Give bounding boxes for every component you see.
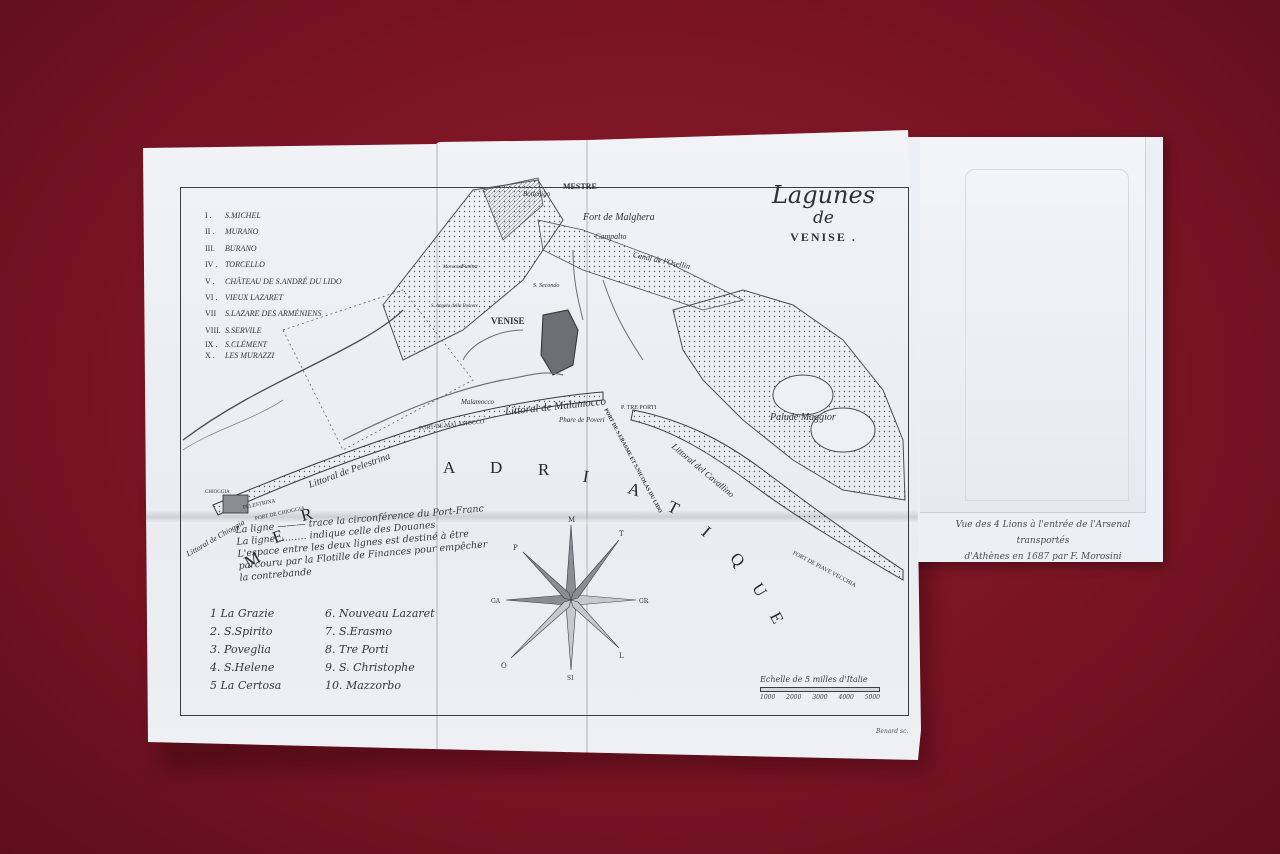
label-palude-maggior: Palude Maggior	[770, 412, 836, 423]
compass-label-nw: P	[513, 544, 518, 552]
legend-row: IX .S.CLÉMENT	[205, 339, 342, 351]
label-chioggia: CHIOGGIA	[205, 490, 230, 495]
engraver-signature: Benard sc.	[876, 728, 908, 735]
legend-row: V .CHÂTEAU DE S.ANDRÉ DU LIDO	[205, 274, 342, 290]
legend-row: VI .VIEUX LAZARET	[205, 290, 342, 306]
compass-label-w: GA	[491, 598, 501, 605]
insert-front-leaf	[920, 137, 1146, 513]
compass-label-se: L	[619, 652, 624, 660]
legend-row: III.BURANO	[205, 241, 342, 257]
map-scale: Echelle de 5 milles d'Italie 1000 2000 3…	[760, 675, 880, 701]
caption-line-1: Vue des 4 Lions à l'entrée de l'Arsenal …	[928, 517, 1158, 549]
title-main: VENISE .	[756, 230, 891, 245]
roman-numeral-legend: I .S.MICHEL II .MURANO III.BURANO IV .TO…	[205, 208, 342, 361]
scale-title: Echelle de 5 milles d'Italie	[760, 675, 880, 684]
label-malamocco: Malamocco	[461, 398, 494, 406]
label-tre-porti: P. TRE PORTI	[621, 405, 656, 411]
legend-item: 2. S.Spirito	[210, 623, 325, 641]
label-moranzan: Moranzan	[443, 265, 464, 270]
insert-plate-mark	[965, 169, 1129, 501]
photo-scene: Vue des 4 Lions à l'entrée de l'Arsenal …	[0, 0, 1280, 854]
legend-item: 9. S. Christophe	[325, 659, 455, 677]
label-secondo: S. Secondo	[533, 283, 559, 289]
scale-ticks: 1000 2000 3000 4000 5000	[760, 694, 880, 701]
legend-row: VIII.S.SERVILE	[205, 323, 342, 339]
sea-letter: D	[490, 458, 502, 478]
map-sheet: M T P GR GA L O SI Lagunes de VENISE . I…	[143, 130, 923, 760]
label-mestre: MESTRE	[563, 182, 597, 191]
legend-item: 4. S.Helene	[210, 659, 325, 677]
map-title: Lagunes de VENISE .	[756, 182, 891, 245]
label-angelo-polvere: S. Angelo della Polvere	[431, 304, 478, 309]
insert-caption: Vue des 4 Lions à l'entrée de l'Arsenal …	[928, 517, 1158, 565]
legend-item: 7. S.Erasmo	[325, 623, 455, 641]
legend-item: 1 La Grazie	[210, 605, 325, 623]
legend-item: 5 La Certosa	[210, 677, 325, 695]
compass-label-sw: O	[501, 662, 507, 670]
numbered-legend: 1 La Grazie 6. Nouveau Lazaret 2. S.Spir…	[210, 605, 455, 695]
title-de: de	[756, 208, 891, 228]
compass-label-bottom: SI	[567, 675, 574, 682]
compass-label-ne: T	[619, 530, 624, 538]
legend-item: 6. Nouveau Lazaret	[325, 605, 455, 623]
sea-letter: R	[538, 460, 549, 480]
legend-item: 8. Tre Porti	[325, 641, 455, 659]
legend-item: 3. Poveglia	[210, 641, 325, 659]
compass-label-top: M	[568, 516, 575, 524]
legend-row: VIIS.LAZARE DES ARMÉNIENS	[205, 306, 342, 322]
caption-line-2: d'Athènes en 1687 par F. Morosini	[928, 549, 1158, 565]
label-venise: VENISE	[491, 316, 525, 326]
legend-row: IV .TORCELLO	[205, 257, 342, 273]
label-campalto: Campalto	[595, 232, 627, 241]
compass-label-e: GR	[639, 598, 649, 605]
scale-bar	[760, 687, 880, 692]
label-bottenigo: Bottenigo	[523, 190, 550, 198]
folded-insert-sheet: Vue des 4 Lions à l'entrée de l'Arsenal …	[908, 137, 1163, 562]
legend-row: I .S.MICHEL	[205, 208, 342, 224]
sea-letter: A	[443, 458, 455, 478]
legend-row: II .MURANO	[205, 224, 342, 240]
label-fort-malghera: Fort de Malghera	[583, 212, 655, 223]
legend-item: 10. Mazzorbo	[325, 677, 455, 695]
legend-row: X .LES MURAZZI	[205, 351, 342, 361]
compass-rose: M T P GR GA L O SI	[491, 516, 649, 682]
title-script: Lagunes	[756, 182, 891, 208]
label-phare-poveri: Phare de Poveri	[559, 416, 605, 424]
